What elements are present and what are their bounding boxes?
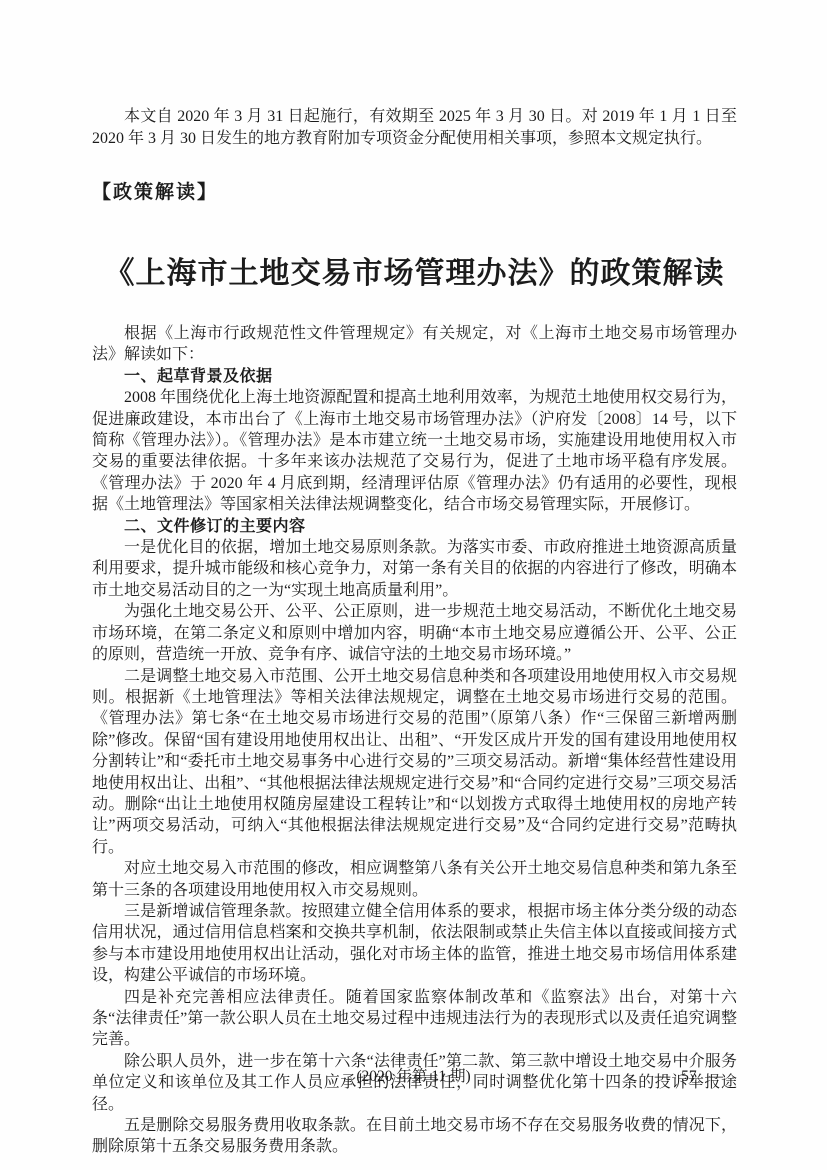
body-paragraph: 三是新增诚信管理条款。按照建立健全信用体系的要求，根据市场主体分类分级的动态信用…: [92, 901, 737, 987]
page-number: — 57 —: [655, 1066, 723, 1088]
body-paragraph: 根据《上海市行政规范性文件管理规定》有关规定，对《上海市土地交易市场管理办法》解…: [92, 323, 737, 366]
body-paragraph: 五是删除交易服务费用收取条款。在目前土地交易市场不存在交易服务收费的情况下，删除…: [92, 1115, 737, 1158]
section-tag: 【政策解读】: [92, 177, 737, 204]
page-footer: (2020 年第 11 期) — 57 —: [0, 1066, 827, 1088]
section-heading: 二、文件修订的主要内容: [92, 516, 737, 537]
body-paragraph: 一是优化目的依据，增加土地交易原则条款。为落实市委、市政府推进土地资源高质量利用…: [92, 537, 737, 601]
body-paragraph: 2008 年围绕优化上海土地资源配置和提高土地利用效率，为规范土地使用权交易行为…: [92, 387, 737, 515]
intro-paragraph: 本文自 2020 年 3 月 31 日起施行，有效期至 2025 年 3 月 3…: [92, 106, 737, 150]
body-paragraph: 二是调整土地交易入市范围、公开土地交易信息种类和各项建设用地使用权入市交易规则。…: [92, 666, 737, 859]
body-paragraph: 四是补充完善相应法律责任。随着国家监察体制改革和《监察法》出台，对第十六条“法律…: [92, 987, 737, 1051]
article-body: 根据《上海市行政规范性文件管理规定》有关规定，对《上海市土地交易市场管理办法》解…: [92, 323, 737, 1158]
issue-label: (2020 年第 11 期): [356, 1066, 470, 1088]
article-title: 《上海市土地交易市场管理办法》的政策解读: [92, 248, 737, 292]
section-heading: 一、起草背景及依据: [92, 366, 737, 387]
body-paragraph: 对应土地交易入市范围的修改，相应调整第八条有关公开土地交易信息种类和第九条至第十…: [92, 858, 737, 901]
document-page: 本文自 2020 年 3 月 31 日起施行，有效期至 2025 年 3 月 3…: [0, 0, 827, 1170]
body-paragraph: 为强化土地交易公开、公平、公正原则，进一步规范土地交易活动，不断优化土地交易市场…: [92, 601, 737, 665]
